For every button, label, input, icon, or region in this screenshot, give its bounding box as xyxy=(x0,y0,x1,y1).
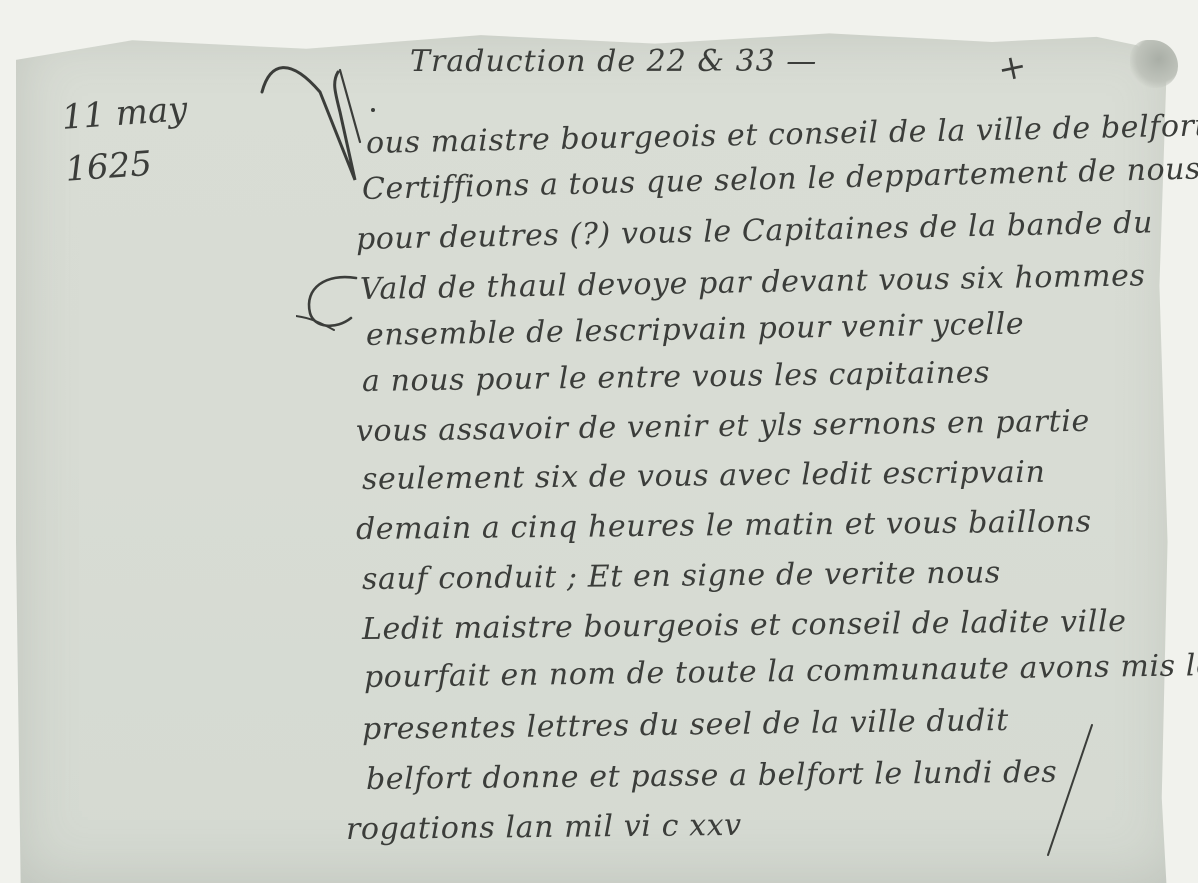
manuscript-line-14: belfort donne et passe a belfort le lund… xyxy=(366,755,1058,797)
margin-date-year: 1625 xyxy=(64,135,193,196)
margin-date-note: 11 may 1625 xyxy=(60,83,193,196)
manuscript-line-15: rogations lan mil vi c xxv xyxy=(346,808,742,847)
torn-corner-stain xyxy=(1130,40,1178,88)
document-header-title: Traduction de 22 & 33 — xyxy=(410,44,817,79)
manuscript-line-10: sauf conduit ; Et en signe de verite nou… xyxy=(362,555,1001,597)
margin-date-day-month: 11 may xyxy=(60,83,189,144)
manuscript-line-8: seulement six de vous avec ledit escripv… xyxy=(362,455,1046,497)
decorative-initial-icon xyxy=(260,52,380,182)
